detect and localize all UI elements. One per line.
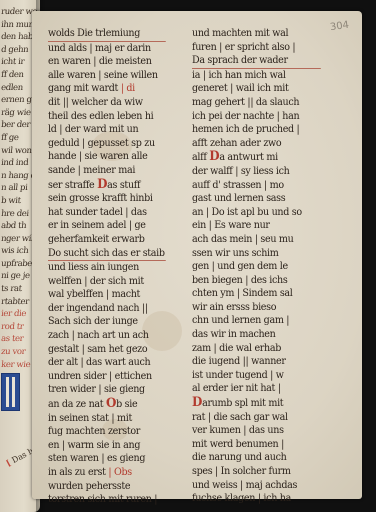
line-text: und machten mit wal: [192, 27, 288, 39]
manuscript-line: Do sucht sich das er staib: [48, 247, 166, 262]
manuscript-line: gast und lernen sass: [192, 192, 321, 206]
line-text-cont: as stuff: [107, 179, 140, 191]
manuscript-line: sande | meiner mai: [48, 164, 166, 178]
manuscript-line: ssen wir uns schim: [192, 247, 321, 261]
line-text: wurden pehersste: [48, 480, 130, 492]
line-text: er in seinem adel | ge: [48, 219, 146, 231]
manuscript-line: der alt | das wart auch: [48, 356, 166, 370]
manuscript-line: ein | Es ware nur: [192, 219, 321, 233]
line-text: Da sprach der wader: [192, 54, 288, 66]
line-text: ein | Es ware nur: [192, 219, 270, 231]
manuscript-line: Da sprach der wader: [192, 54, 321, 69]
manuscript-viewer: ruder weihn mundden habend gehnicht irff…: [0, 0, 376, 512]
manuscript-line: mag gehert || da slauch: [192, 96, 321, 110]
line-text: rat | die sach gar wal: [192, 411, 288, 423]
line-text: spes | In solcher furm: [192, 465, 291, 477]
text-column-left: wolds Die trlemiungund alds | maj er dar…: [48, 27, 176, 507]
manuscript-line: spes | In solcher furm: [192, 465, 321, 479]
manuscript-line: ver kumen | das uns: [192, 424, 321, 438]
manuscript-line: in seinen stat | mit: [48, 412, 166, 426]
line-text: und liess ain iungen: [48, 261, 139, 273]
manuscript-line: wal ybelffen | macht: [48, 288, 166, 302]
line-text: chn und lernen gam |: [192, 314, 289, 326]
manuscript-line: fuchse klagen | ich ha: [192, 492, 321, 506]
manuscript-line: furen | er spricht also |: [192, 41, 321, 55]
line-text: welffen | der sich mit: [48, 275, 144, 287]
line-text: fuchse klagen | ich ha: [192, 492, 291, 504]
line-text: undren sider | ettichen: [48, 370, 152, 382]
line-text: furen | er spricht also |: [192, 41, 295, 53]
line-text: generet | wail ich mit: [192, 82, 288, 94]
manuscript-line: an da ze nat Ob sie: [48, 397, 166, 412]
line-text: der ingendand nach ||: [48, 302, 148, 314]
manuscript-line: chten ym | Sindem sal: [192, 287, 321, 301]
line-text: sande | meiner mai: [48, 164, 135, 176]
line-text: ser straffe: [48, 179, 97, 191]
manuscript-line: sein grosse krafft hinbi: [48, 192, 166, 206]
manuscript-line: generet | wail ich mit: [192, 82, 321, 96]
manuscript-line: sten waren | es gieng: [48, 452, 166, 466]
manuscript-line: ist under tugend | w: [192, 369, 321, 383]
line-text: gestalt | sam het gezo: [48, 343, 147, 355]
line-text: en waren | die meisten: [48, 55, 152, 67]
manuscript-line: zach | nach art un ach: [48, 329, 166, 343]
line-text: Do sucht sich das er staib: [48, 247, 165, 259]
manuscript-line: gestalt | sam het gezo: [48, 343, 166, 357]
line-text: auff d' strassen | mo: [192, 179, 284, 191]
rubricated-initial: D: [97, 177, 107, 192]
manuscript-line: gen | und gen dem le: [192, 260, 321, 274]
line-text: in als zu erst: [48, 466, 108, 478]
manuscript-line: geduld | gepusset sp zu: [48, 137, 166, 151]
manuscript-line: welffen | der sich mit: [48, 275, 166, 289]
line-text: sten waren | es gieng: [48, 452, 145, 464]
line-text: fug machten zerstor: [48, 425, 140, 437]
manuscript-line: in als zu erst | Obs: [48, 466, 166, 480]
line-text: ld | der ward mit un: [48, 123, 138, 135]
manuscript-line: alff Da antwurt mi: [192, 150, 321, 165]
manuscript-line: gang mit wardt | di: [48, 82, 166, 96]
line-text: wal ybelffen | macht: [48, 288, 140, 300]
line-text: und weiss | maj achdas: [192, 479, 297, 491]
line-text: ia | ich han mich wal: [192, 69, 286, 81]
blue-initial-letter: [1, 373, 20, 411]
manuscript-line: al erder ier nit hat |: [192, 382, 321, 396]
rubricated-initial: O: [106, 396, 116, 411]
manuscript-line: alle waren | seine willen: [48, 69, 166, 83]
line-text: al erder ier nit hat |: [192, 382, 281, 394]
line-text: in seinen stat | mit: [48, 412, 132, 424]
manuscript-line: en | warm sie in ang: [48, 439, 166, 453]
rubricated-initial: D: [192, 395, 202, 410]
manuscript-line: undren sider | ettichen: [48, 370, 166, 384]
line-text: das wir in machen: [192, 328, 275, 340]
manuscript-line: rat | die sach gar wal: [192, 411, 321, 425]
manuscript-line: ich pei der nachte | han: [192, 110, 321, 124]
line-text: ist under tugend | w: [192, 369, 284, 381]
manuscript-line: afft zehan ader zwo: [192, 137, 321, 151]
manuscript-line: mit werd benumen |: [192, 438, 321, 452]
line-text: ssen wir uns schim: [192, 247, 279, 259]
line-text-cont: b sie: [116, 398, 137, 410]
manuscript-line: und alds | maj er darin: [48, 42, 166, 56]
manuscript-line: die iugend || wanner: [192, 355, 321, 369]
manuscript-line: er in seinem adel | ge: [48, 219, 166, 233]
line-text: sein grosse krafft hinbi: [48, 192, 153, 204]
line-text: ver kumen | das uns: [192, 424, 284, 436]
line-text: hat sunder tadel | das: [48, 206, 147, 218]
manuscript-line: zam | die wal erhab: [192, 342, 321, 356]
line-text: ben biegen | des ichs: [192, 274, 287, 286]
line-text: hemen ich de pruched |: [192, 123, 299, 135]
manuscript-line: Sach sich der iunge: [48, 315, 166, 329]
line-text: wir ain ersss bieso: [192, 301, 276, 313]
line-text: afft zehan ader zwo: [192, 137, 281, 149]
line-text: gast und lernen sass: [192, 192, 285, 204]
line-text: dit || welcher da wiw: [48, 96, 143, 108]
line-text: und alds | maj er darin: [48, 42, 151, 54]
manuscript-line: fug machten zerstor: [48, 425, 166, 439]
manuscript-line: en waren | die meisten: [48, 55, 166, 69]
manuscript-line: der ingendand nach ||: [48, 302, 166, 316]
line-text: der walff | sy liess ich: [192, 165, 290, 177]
line-text: theil des edlen leben hi: [48, 110, 153, 122]
manuscript-line: hemen ich de pruched |: [192, 123, 321, 137]
line-text: ach das mein | seu mu: [192, 233, 293, 245]
line-text: en | warm sie in ang: [48, 439, 140, 451]
manuscript-line: das wir in machen: [192, 328, 321, 342]
line-text: geduld | gepusset sp zu: [48, 137, 155, 149]
manuscript-line: theil des edlen leben hi: [48, 110, 166, 124]
manuscript-line: geherfamkeit erwarb: [48, 233, 166, 247]
rubric-mark: | Obs: [108, 466, 132, 478]
manuscript-line: ser straffe Das stuff: [48, 178, 166, 193]
manuscript-line: wurden pehersste: [48, 480, 166, 494]
line-text-cont: Die trlemiung: [77, 27, 140, 39]
line-text: tren wider | sie gieng: [48, 383, 145, 395]
rubricated-initial: D: [209, 149, 219, 164]
manuscript-line: wir ain ersss bieso: [192, 301, 321, 315]
line-text: zach | nach art un ach: [48, 329, 149, 341]
line-text: die narung und auch: [192, 451, 287, 463]
manuscript-line: und weiss | maj achdas: [192, 479, 321, 493]
manuscript-line: ben biegen | des ichs: [192, 274, 321, 288]
line-text: geherfamkeit erwarb: [48, 233, 145, 245]
rubric-mark: | di: [121, 82, 135, 94]
line-text: Sach sich der iunge: [48, 315, 138, 327]
manuscript-line: ach das mein | seu mu: [192, 233, 321, 247]
manuscript-line: tren wider | sie gieng: [48, 383, 166, 397]
manuscript-line: torstren sich mit ruren |: [48, 493, 166, 507]
manuscript-line: ia | ich han mich wal: [192, 69, 321, 83]
manuscript-line: und machten mit wal: [192, 27, 321, 41]
line-text: hande | sie waren alle: [48, 150, 147, 162]
line-text: an | Do ist apl bu und so: [192, 206, 302, 218]
manuscript-line: chn und lernen gam |: [192, 314, 321, 328]
line-text: an da ze nat: [48, 398, 106, 410]
manuscript-line: dit || welcher da wiw: [48, 96, 166, 110]
line-text: ich pei der nachte | han: [192, 110, 299, 122]
line-text: der alt | das wart auch: [48, 356, 150, 368]
line-text: alle waren | seine willen: [48, 69, 158, 81]
line-text: zam | die wal erhab: [192, 342, 281, 354]
line-text: alff: [192, 151, 209, 163]
manuscript-line: der walff | sy liess ich: [192, 165, 321, 179]
line-text: gen | und gen dem le: [192, 260, 288, 272]
line-text: mit werd benumen |: [192, 438, 284, 450]
manuscript-line: auff d' strassen | mo: [192, 179, 321, 193]
manuscript-line: hat sunder tadel | das: [48, 206, 166, 220]
line-text: torstren sich mit ruren |: [48, 493, 157, 505]
manuscript-line: an | Do ist apl bu und so: [192, 206, 321, 220]
manuscript-line: und liess ain iungen: [48, 261, 166, 275]
manuscript-line: wolds Die trlemiung: [48, 27, 166, 42]
manuscript-line: Darumb spl mit mit: [192, 396, 321, 411]
line-text: die iugend || wanner: [192, 355, 286, 367]
line-text: mag gehert || da slauch: [192, 96, 299, 108]
manuscript-line: ld | der ward mit un: [48, 123, 166, 137]
text-column-right: und machten mit walfuren | er spricht al…: [192, 27, 332, 506]
line-text: gang mit wardt: [48, 82, 121, 94]
line-text: wolds: [48, 27, 77, 39]
manuscript-line: hande | sie waren alle: [48, 150, 166, 164]
line-text: chten ym | Sindem sal: [192, 287, 293, 299]
line-text-cont: arumb spl mit mit: [202, 397, 283, 409]
manuscript-line: die narung und auch: [192, 451, 321, 465]
line-text-cont: a antwurt mi: [219, 151, 277, 163]
